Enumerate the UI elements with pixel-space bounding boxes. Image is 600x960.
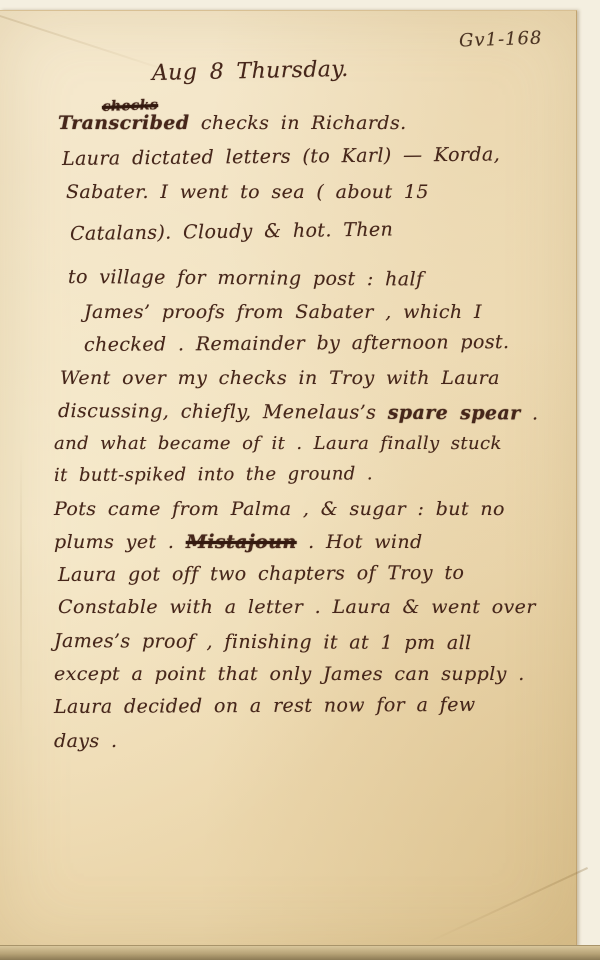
handwritten-text: spare spear [388, 402, 521, 425]
handwritten-text: checks in Richards. [189, 112, 406, 134]
manuscript-line: plums yet . Mistajoun . Hot wind [54, 531, 423, 553]
manuscript-line: checked . Remainder by afternoon post. [84, 331, 510, 356]
handwritten-text: . [520, 402, 538, 424]
manuscript-line: Catalans). Cloudy & hot. Then [70, 218, 394, 245]
handwritten-text: and what became of it . Laura finally st… [54, 433, 502, 454]
handwritten-text: . Hot wind [297, 531, 423, 553]
handwritten-text: Pots came from Palma , & sugar : but no [54, 498, 505, 520]
manuscript-line: Laura got off two chapters of Troy to [58, 562, 464, 586]
handwritten-text: Catalans). Cloudy & hot. Then [70, 218, 394, 245]
manuscript-line: Transcribed checks in Richards. [58, 112, 407, 134]
handwritten-text: James’ proofs from Sabater , which I [84, 301, 482, 323]
manuscript-line: Went over my checks in Troy with Laura [60, 367, 500, 389]
handwritten-text: days . [54, 730, 117, 752]
manuscript-line: to village for morning post : half [68, 266, 424, 290]
handwritten-text: Laura got off two chapters of Troy to [58, 562, 464, 586]
handwritten-text: James’s proof , finishing it at 1 pm all [54, 630, 472, 654]
paper-crease [424, 867, 588, 945]
manuscript-line: and what became of it . Laura finally st… [54, 433, 502, 454]
photograph-of-manuscript: Gv1-168 Aug 8 Thursday.checksTranscribed… [0, 0, 600, 960]
manuscript-line: Pots came from Palma , & sugar : but no [54, 498, 505, 520]
handwritten-text: discussing, chiefly, Menelaus’s [58, 400, 388, 424]
paper-crease [20, 441, 22, 741]
handwritten-text: Sabater. I went to sea ( about 15 [66, 181, 429, 203]
handwritten-text: Aug 8 Thursday. [152, 57, 349, 86]
manuscript-line: days . [54, 730, 117, 752]
manuscript-line: discussing, chiefly, Menelaus’s spare sp… [58, 400, 539, 425]
manuscript-line: James’s proof , finishing it at 1 pm all [54, 630, 472, 654]
handwritten-text: Went over my checks in Troy with Laura [60, 367, 500, 389]
handwritten-text: checked . Remainder by afternoon post. [84, 331, 510, 356]
handwritten-text: plums yet . [54, 531, 186, 553]
struck-out-text: Mistajoun [186, 531, 297, 553]
handwritten-text: it butt-spiked into the ground . [54, 463, 373, 486]
catalog-number: Gv1-168 [458, 28, 542, 52]
manuscript-line: Laura dictated letters (to Karl) — Korda… [62, 143, 500, 170]
handwritten-text: Transcribed [58, 112, 189, 134]
manuscript-paper: Gv1-168 Aug 8 Thursday.checksTranscribed… [0, 10, 577, 947]
manuscript-line: except a point that only James can suppl… [54, 663, 525, 685]
manuscript-line: Sabater. I went to sea ( about 15 [66, 181, 429, 203]
handwritten-text: to village for morning post : half [68, 266, 424, 290]
manuscript-line: James’ proofs from Sabater , which I [84, 301, 482, 323]
date-line: Aug 8 Thursday. [152, 57, 349, 86]
handwritten-text: except a point that only James can suppl… [54, 663, 525, 685]
handwritten-text: Constable with a letter . Laura & went o… [58, 596, 536, 618]
handwritten-text: Laura decided on a rest now for a few [54, 694, 476, 718]
paper-bottom-edge [0, 945, 600, 960]
manuscript-line: it butt-spiked into the ground . [54, 463, 373, 486]
manuscript-line: Constable with a letter . Laura & went o… [58, 596, 536, 618]
manuscript-line: Laura decided on a rest now for a few [54, 694, 476, 718]
handwritten-text: Laura dictated letters (to Karl) — Korda… [62, 143, 500, 170]
